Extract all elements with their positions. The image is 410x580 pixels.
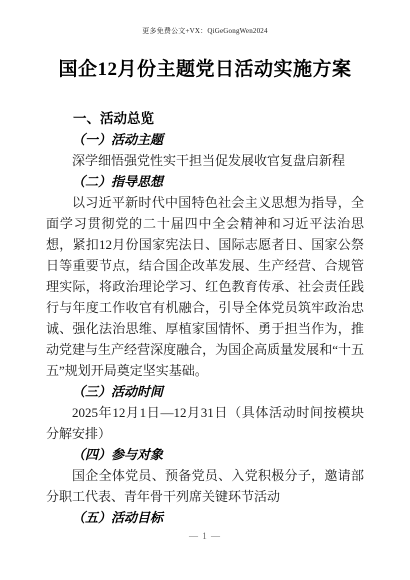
section-heading: 一、活动总览 [46,108,364,129]
document-page: 更多免费公文+VX：QiGeGongWen2024 国企12月份主题党日活动实施… [0,0,410,580]
section-heading: （二）指导思想 [46,171,364,192]
section-heading: （五）活动目标 [46,507,364,528]
paragraph: 国企全体党员、预备党员、入党积极分子，邀请部分职工代表、青年骨干列席关键环节活动 [46,465,364,507]
document-title: 国企12月份主题党日活动实施方案 [46,56,364,84]
header-note: 更多免费公文+VX：QiGeGongWen2024 [46,26,364,36]
paragraph: 深学细悟强党性实干担当促发展收官复盘启新程 [46,150,364,171]
section-heading: （一）活动主题 [46,129,364,150]
document-body: 一、活动总览（一）活动主题深学细悟强党性实干担当促发展收官复盘启新程（二）指导思… [46,108,364,528]
section-heading: （三）活动时间 [46,381,364,402]
paragraph: 以习近平新时代中国特色社会主义思想为指导，全面学习贯彻党的二十届四中全会精神和习… [46,192,364,381]
page-number: — 1 — [0,531,410,541]
section-heading: （四）参与对象 [46,444,364,465]
paragraph: 2025年12月1日—12月31日（具体活动时间按模块分解安排） [46,402,364,444]
